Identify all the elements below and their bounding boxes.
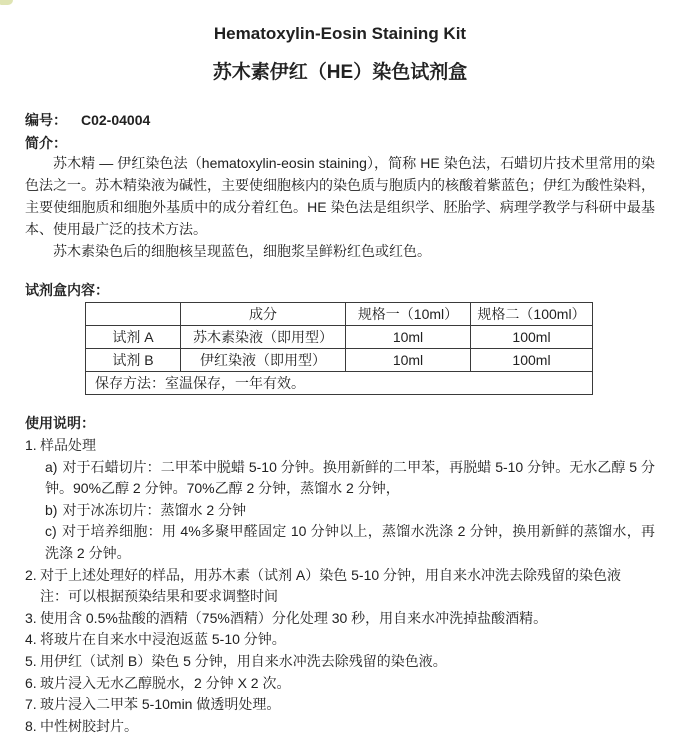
- catalog-number: C02-04004: [81, 112, 150, 128]
- instruction-5-text: 用伊红（试剂 B）染色 5 分钟，用自来水冲洗去除残留的染色液。: [40, 653, 447, 669]
- storage-note: 保存方法：室温保存，一年有效。: [86, 372, 593, 395]
- cell-reagent-b-spec1: 10ml: [346, 349, 471, 372]
- instruction-7-text: 玻片浸入二甲苯 5-10min 做透明处理。: [40, 696, 280, 712]
- table-row-reagent-b: 试剂 B 伊红染液（即用型） 10ml 100ml: [86, 349, 593, 372]
- section-heading-intro: 简介：: [25, 135, 655, 152]
- instruction-item-5: 5.用伊红（试剂 B）染色 5 分钟，用自来水冲洗去除残留的染色液。: [25, 651, 655, 673]
- instruction-item-4: 4.将玻片在自来水中浸泡返蓝 5-10 分钟。: [25, 629, 655, 651]
- subitem-c-marker: c): [45, 523, 57, 539]
- instruction-4-text: 将玻片在自来水中浸泡返蓝 5-10 分钟。: [40, 631, 286, 647]
- instruction-1-text: 样品处理: [40, 437, 96, 453]
- cell-reagent-a-id: 试剂 A: [86, 326, 181, 349]
- instruction-item-8: 8.中性树胶封片。: [25, 716, 655, 733]
- instruction-4-number: 4.: [25, 629, 40, 651]
- intro-paragraph-1: 苏木精 — 伊红染色法（hematoxylin-eosin staining），…: [25, 152, 655, 240]
- catalog-label: 编号：: [25, 112, 67, 128]
- section-heading-instructions: 使用说明：: [25, 415, 655, 432]
- title-chinese: 苏木素伊红（HE）染色试剂盒: [25, 61, 655, 84]
- cell-reagent-b-component: 伊红染液（即用型）: [181, 349, 346, 372]
- instruction-2-note: 注：可以根据预染结果和要求调整时间: [25, 586, 655, 608]
- instruction-6-text: 玻片浸入无水乙醇脱水，2 分钟 X 2 次。: [40, 675, 290, 691]
- cell-reagent-a-spec1: 10ml: [346, 326, 471, 349]
- instruction-item-7: 7.玻片浸入二甲苯 5-10min 做透明处理。: [25, 694, 655, 716]
- instruction-5-number: 5.: [25, 651, 40, 673]
- instruction-2-text: 对于上述处理好的样品，用苏木素（试剂 A）染色 5-10 分钟，用自来水冲洗去除…: [40, 567, 621, 583]
- instruction-1-subitem-a: a)对于石蜡切片：二甲苯中脱蜡 5-10 分钟。换用新鲜的二甲苯，再脱蜡 5-1…: [25, 457, 655, 500]
- kit-contents-table: 成分 规格一（10ml） 规格二（100ml） 试剂 A 苏木素染液（即用型） …: [85, 302, 593, 395]
- table-header-spec1: 规格一（10ml）: [346, 303, 471, 326]
- instruction-1-subitem-b: b)对于冰冻切片：蒸馏水 2 分钟: [25, 500, 655, 522]
- instruction-2-number: 2.: [25, 565, 40, 587]
- subitem-c-text: 对于培养细胞：用 4%多聚甲醛固定 10 分钟以上，蒸馏水洗涤 2 分钟，换用新…: [45, 523, 655, 561]
- instruction-item-3: 3.使用含 0.5%盐酸的酒精（75%酒精）分化处理 30 秒，用自来水冲洗掉盐…: [25, 608, 655, 630]
- table-header-blank: [86, 303, 181, 326]
- table-header-spec2: 规格二（100ml）: [471, 303, 593, 326]
- cell-reagent-b-id: 试剂 B: [86, 349, 181, 372]
- instruction-list: 1.样品处理 a)对于石蜡切片：二甲苯中脱蜡 5-10 分钟。换用新鲜的二甲苯，…: [25, 435, 655, 733]
- document: Hematoxylin-Eosin Staining Kit 苏木素伊红（HE）…: [0, 0, 680, 733]
- instruction-8-number: 8.: [25, 716, 40, 733]
- intro-paragraph-2: 苏木素染色后的细胞核呈现蓝色，细胞浆呈鲜粉红色或红色。: [25, 240, 655, 262]
- instruction-1-subitem-c: c)对于培养细胞：用 4%多聚甲醛固定 10 分钟以上，蒸馏水洗涤 2 分钟，换…: [25, 521, 655, 564]
- cell-reagent-a-component: 苏木素染液（即用型）: [181, 326, 346, 349]
- table-header-row: 成分 规格一（10ml） 规格二（100ml）: [86, 303, 593, 326]
- instruction-item-6: 6.玻片浸入无水乙醇脱水，2 分钟 X 2 次。: [25, 673, 655, 695]
- instruction-item-2: 2.对于上述处理好的样品，用苏木素（试剂 A）染色 5-10 分钟，用自来水冲洗…: [25, 565, 655, 587]
- section-heading-kit-contents: 试剂盒内容：: [25, 282, 655, 299]
- instruction-item-1: 1.样品处理: [25, 435, 655, 457]
- subitem-b-text: 对于冰冻切片：蒸馏水 2 分钟: [62, 502, 246, 518]
- subitem-a-marker: a): [45, 459, 57, 475]
- instruction-3-text: 使用含 0.5%盐酸的酒精（75%酒精）分化处理 30 秒，用自来水冲洗掉盐酸酒…: [40, 610, 547, 626]
- subitem-b-marker: b): [45, 502, 57, 518]
- instruction-8-text: 中性树胶封片。: [40, 718, 138, 733]
- instruction-3-number: 3.: [25, 608, 40, 630]
- table-header-component: 成分: [181, 303, 346, 326]
- cell-reagent-a-spec2: 100ml: [471, 326, 593, 349]
- instruction-7-number: 7.: [25, 694, 40, 716]
- table-storage-row: 保存方法：室温保存，一年有效。: [86, 372, 593, 395]
- table-row-reagent-a: 试剂 A 苏木素染液（即用型） 10ml 100ml: [86, 326, 593, 349]
- instruction-6-number: 6.: [25, 673, 40, 695]
- instruction-1-number: 1.: [25, 435, 40, 457]
- title-english: Hematoxylin-Eosin Staining Kit: [25, 24, 655, 44]
- catalog-number-row: 编号：C02-04004: [25, 112, 655, 129]
- subitem-a-text: 对于石蜡切片：二甲苯中脱蜡 5-10 分钟。换用新鲜的二甲苯，再脱蜡 5-10 …: [45, 459, 655, 497]
- cell-reagent-b-spec2: 100ml: [471, 349, 593, 372]
